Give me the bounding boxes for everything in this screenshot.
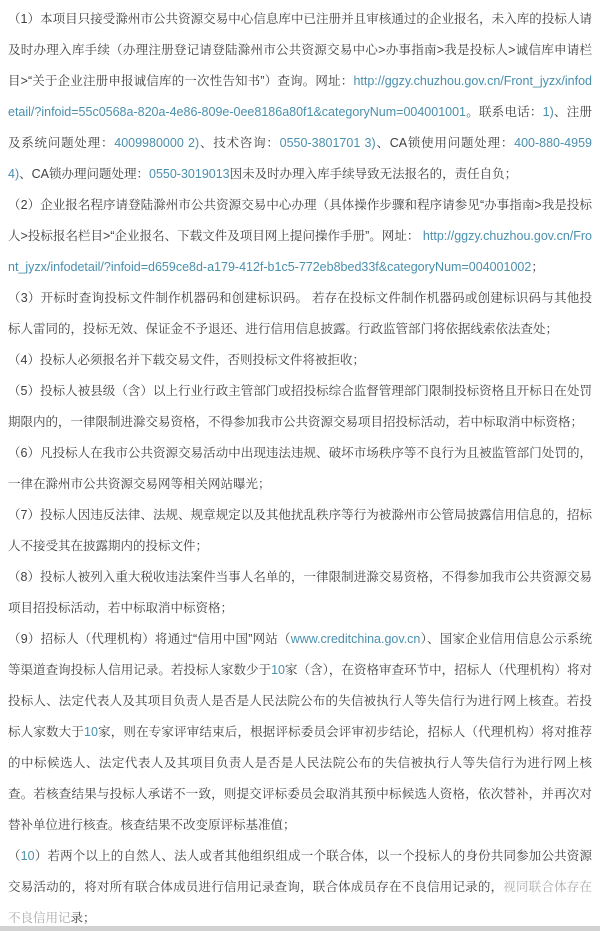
number-text: 400-880-4959 (514, 136, 592, 150)
text-segment: （3）开标时查询投标文件制作机器码和创建标识码。 若存在投标文件制作机器码或创建… (8, 291, 592, 336)
paragraph-4: （4）投标人必须报名并下载交易文件，否则投标文件将被拒收； (8, 345, 592, 376)
text-segment: 录； (71, 911, 96, 925)
number-text: 0550-3019013 (149, 167, 230, 181)
paragraph-8: （8）投标人被列入重大税收违法案件当事人名单的，一律限制进滁交易资格，不得参加我… (8, 562, 592, 624)
number-text: 10 (21, 849, 35, 863)
text-segment: （8）投标人被列入重大税收违法案件当事人名单的，一律限制进滁交易资格，不得参加我… (8, 570, 592, 615)
paragraph-2: （2）企业报名程序请登陆滁州市公共资源交易中心办理（具体操作步骤和程序请参见“办… (8, 190, 592, 283)
text-segment: 、CA锁使用问题处理： (376, 136, 514, 150)
number-text: 2) (188, 136, 199, 150)
paragraph-10: （10）若两个以上的自然人、法人或者其他组织组成一个联合体，以一个投标人的身份共… (8, 841, 592, 931)
paragraph-6: （6）凡投标人在我市公共资源交易活动中出现违法违规、破坏市场秩序等不良行为且被监… (8, 438, 592, 500)
number-text: 10 (84, 725, 98, 739)
text-segment: 家，则在专家评审结束后，根据评标委员会评审初步结论，招标人（代理机构）将对推荐的… (8, 725, 592, 832)
text-segment: （5）投标人被县级（含）以上行业行政主管部门或招投标综合监督管理部门限制投标资格… (8, 384, 592, 429)
text-segment: （9）招标人（代理机构）将通过“信用中国”网站（ (8, 632, 291, 646)
text-segment: （6）凡投标人在我市公共资源交易活动中出现违法违规、破坏市场秩序等不良行为且被监… (8, 446, 592, 491)
paragraph-7: （7）投标人因违反法律、法规、规章规定以及其他扰乱秩序等行为被滁州市公管局披露信… (8, 500, 592, 562)
number-text: 0550-3801701 (280, 136, 361, 150)
text-segment: 。联系电话： (466, 105, 543, 119)
bidding-notice-document: （1）本项目只接受滁州市公共资源交易中心信息库中已注册并且审核通过的企业报名，未… (0, 0, 600, 931)
number-text: 4009980000 (114, 136, 184, 150)
number-text: 10 (271, 663, 285, 677)
text-segment: （7）投标人因违反法律、法规、规章规定以及其他扰乱秩序等行为被滁州市公管局披露信… (8, 508, 592, 553)
url-text[interactable]: www.creditchina.gov.cn (291, 632, 421, 646)
number-text: 3) (365, 136, 376, 150)
text-segment: ； (531, 260, 544, 274)
paragraph-9: （9）招标人（代理机构）将通过“信用中国”网站（www.creditchina.… (8, 624, 592, 841)
text-segment: 因未及时办理入库手续导致无法报名的，责任自负； (230, 167, 518, 181)
text-segment: 、CA锁办理问题处理： (19, 167, 149, 181)
bottom-divider-bar (0, 926, 600, 931)
number-text: 4) (8, 167, 19, 181)
text-segment: （4）投标人必须报名并下载交易文件，否则投标文件将被拒收； (8, 353, 365, 367)
text-segment: （ (8, 849, 21, 863)
text-segment: 、技术咨询： (199, 136, 279, 150)
paragraph-1: （1）本项目只接受滁州市公共资源交易中心信息库中已注册并且审核通过的企业报名，未… (8, 4, 592, 190)
paragraph-5: （5）投标人被县级（含）以上行业行政主管部门或招投标综合监督管理部门限制投标资格… (8, 376, 592, 438)
paragraph-3: （3）开标时查询投标文件制作机器码和创建标识码。 若存在投标文件制作机器码或创建… (8, 283, 592, 345)
number-text: 1) (543, 105, 554, 119)
paragraph-list: （1）本项目只接受滁州市公共资源交易中心信息库中已注册并且审核通过的企业报名，未… (8, 4, 592, 931)
